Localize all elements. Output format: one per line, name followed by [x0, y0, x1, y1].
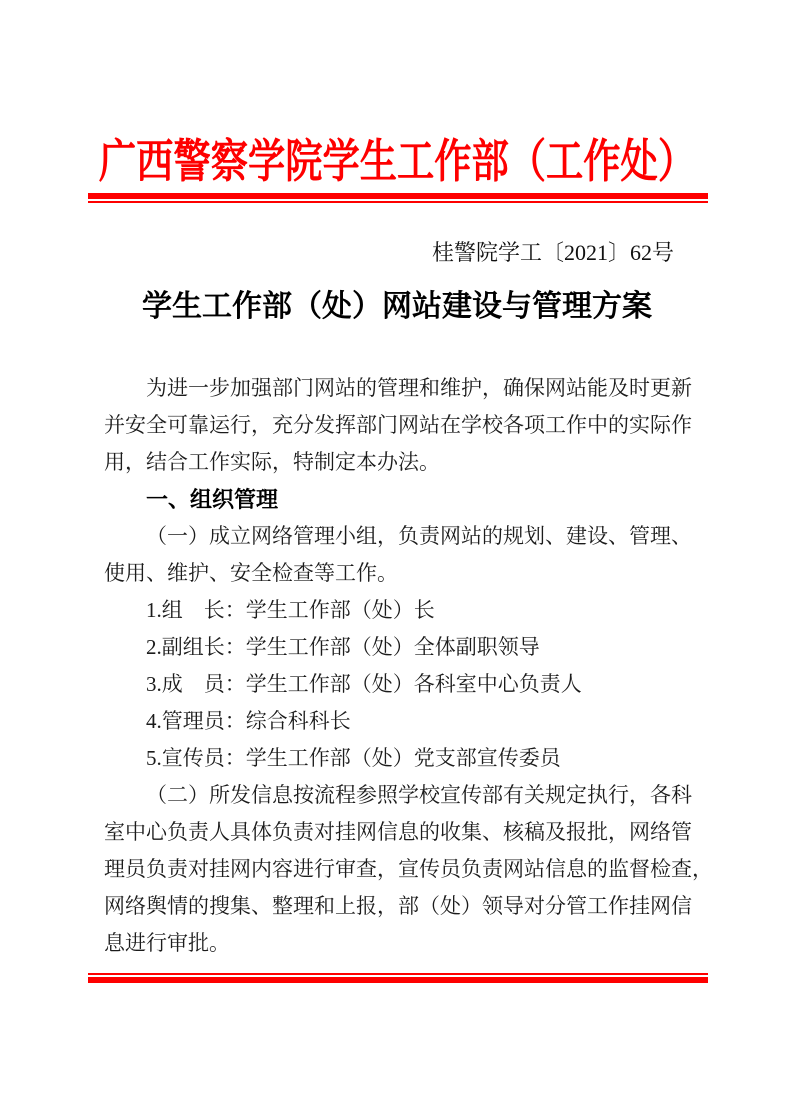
- red-separator-bottom: [88, 973, 708, 983]
- role-list-item: 2.副组长：学生工作部（处）全体副职领导: [104, 629, 696, 666]
- role-list-item: 1.组 长：学生工作部（处）长: [104, 592, 696, 629]
- body-line: （一）成立网络管理小组，负责网站的规划、建设、管理、: [104, 518, 696, 555]
- role-list-item: 4.管理员：综合科科长: [104, 703, 696, 740]
- body-line: 用，结合工作实际，特制定本办法。: [104, 444, 696, 481]
- document-page: 广西警察学院学生工作部（工作处） 桂警院学工〔2021〕62号 学生工作部（处）…: [0, 0, 794, 1108]
- section-heading: 一、组织管理: [104, 481, 696, 518]
- document-title: 学生工作部（处）网站建设与管理方案: [0, 290, 794, 324]
- body-line: 室中心负责人具体负责对挂网信息的收集、核稿及报批，网络管: [104, 814, 696, 851]
- letterhead-title: 广西警察学院学生工作部（工作处）: [75, 138, 718, 186]
- separator-thin-line: [88, 201, 708, 203]
- body-line: 网络舆情的搜集、整理和上报，部（处）领导对分管工作挂网信: [104, 888, 696, 925]
- separator-thick-line: [88, 977, 708, 983]
- role-list-item: 5.宣传员：学生工作部（处）党支部宣传委员: [104, 740, 696, 777]
- body-line: 使用、维护、安全检查等工作。: [104, 555, 696, 592]
- body-line: （二）所发信息按流程参照学校宣传部有关规定执行，各科: [104, 777, 696, 814]
- doc-number: 桂警院学工〔2021〕62号: [432, 240, 674, 266]
- body-line: 为进一步加强部门网站的管理和维护，确保网站能及时更新: [104, 370, 696, 407]
- red-separator-top: [88, 193, 708, 203]
- document-body: 为进一步加强部门网站的管理和维护，确保网站能及时更新 并安全可靠运行，充分发挥部…: [104, 370, 696, 962]
- body-line: 息进行审批。: [104, 925, 696, 962]
- body-line: 并安全可靠运行，充分发挥部门网站在学校各项工作中的实际作: [104, 407, 696, 444]
- role-list-item: 3.成 员：学生工作部（处）各科室中心负责人: [104, 666, 696, 703]
- body-line: 理员负责对挂网内容进行审查，宣传员负责网站信息的监督检查，: [104, 851, 696, 888]
